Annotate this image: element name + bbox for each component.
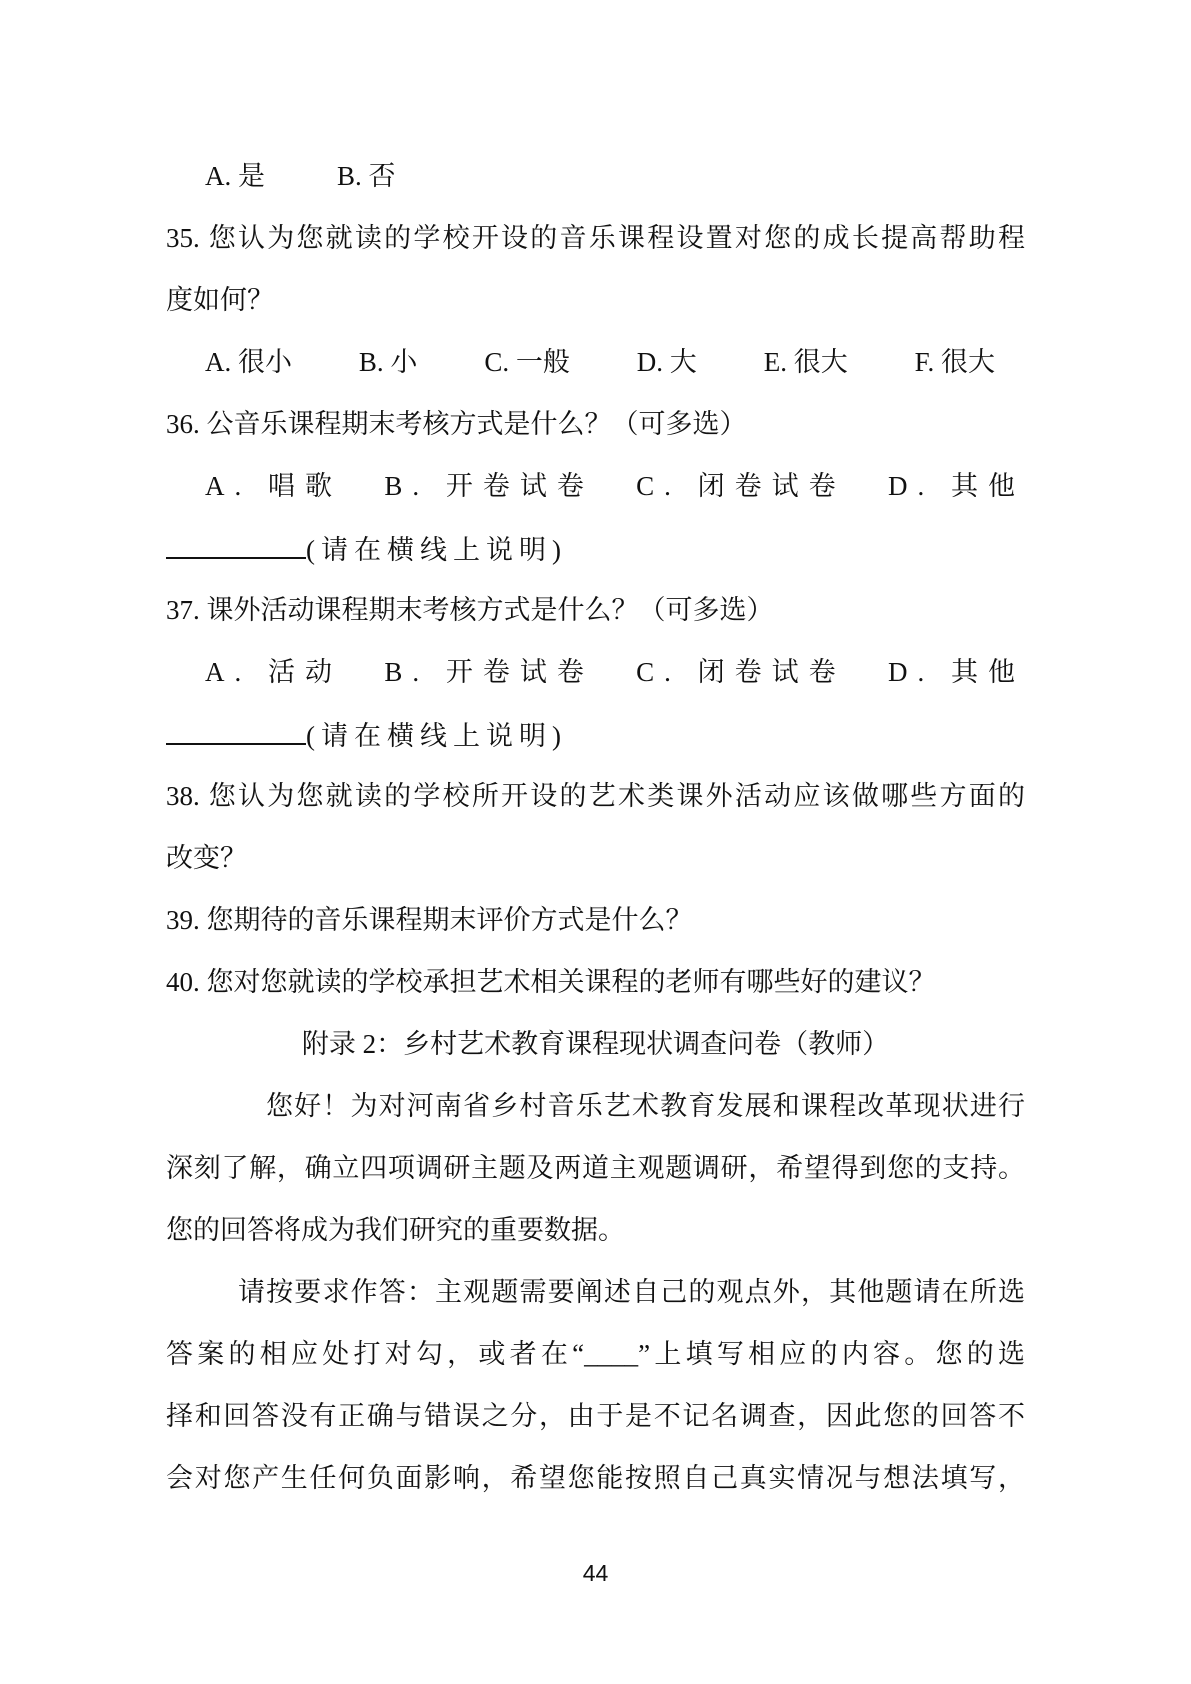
question-36-blank-row: (请在横线上说明) <box>166 517 1025 579</box>
intro-paragraph-line-2: 深刻了解，确立四项调研主题及两道主观题调研，希望得到您的支持。 <box>166 1137 1025 1199</box>
question-38-line-1: 38. 您认为您就读的学校所开设的艺术类课外活动应该做哪些方面的 <box>166 765 1025 827</box>
document-body: A. 是 B. 否 35. 您认为您就读的学校开设的音乐课程设置对您的成长提高帮… <box>166 145 1025 1509</box>
option-item: E. 很大 <box>764 331 848 393</box>
question-37-options-row: A. 活动 B. 开卷试卷 C. 闭卷试卷 D. 其他 <box>205 641 1025 703</box>
option-item: B. 否 <box>337 145 396 207</box>
option-item: C. 闭卷试卷 <box>636 455 846 517</box>
option-item: A. 活动 <box>205 641 342 703</box>
question-36-text: 36. 公音乐课程期末考核方式是什么？（可多选） <box>166 393 1025 455</box>
appendix-2-title: 附录 2：乡村艺术教育课程现状调查问卷（教师） <box>166 1013 1025 1075</box>
option-item: D. 大 <box>637 331 697 393</box>
question-40-text: 40. 您对您就读的学校承担艺术相关课程的老师有哪些好的建议？ <box>166 951 1025 1013</box>
option-item: B. 小 <box>359 331 418 393</box>
instructions-line-3: 择和回答没有正确与错误之分，由于是不记名调查，因此您的回答不 <box>166 1385 1025 1447</box>
option-item: B. 开卷试卷 <box>384 455 594 517</box>
document-page: A. 是 B. 否 35. 您认为您就读的学校开设的音乐课程设置对您的成长提高帮… <box>0 0 1191 1684</box>
option-item: D. 其他 <box>888 455 1025 517</box>
blank-note: (请在横线上说明) <box>306 535 567 565</box>
instructions-line-2: 答案的相应处打对勾，或者在“____”上填写相应的内容。您的选 <box>166 1323 1025 1385</box>
option-item: B. 开卷试卷 <box>384 641 594 703</box>
question-34-options-row: A. 是 B. 否 <box>205 145 1025 207</box>
answer-blank-underline <box>166 517 306 559</box>
option-item: C. 一般 <box>484 331 570 393</box>
intro-paragraph-line-1: 您好！为对河南省乡村音乐艺术教育发展和课程改革现状进行 <box>166 1075 1025 1137</box>
option-item: C. 闭卷试卷 <box>636 641 846 703</box>
question-37-blank-row: (请在横线上说明) <box>166 703 1025 765</box>
question-37-text: 37. 课外活动课程期末考核方式是什么？（可多选） <box>166 579 1025 641</box>
option-item: A. 唱歌 <box>205 455 342 517</box>
blank-note: (请在横线上说明) <box>306 721 567 751</box>
option-item: A. 是 <box>205 145 265 207</box>
question-39-text: 39. 您期待的音乐课程期末评价方式是什么？ <box>166 889 1025 951</box>
instructions-line-1: 请按要求作答：主观题需要阐述自己的观点外，其他题请在所选 <box>166 1261 1025 1323</box>
option-item: F. 很大 <box>915 331 995 393</box>
question-35-options-row: A. 很小 B. 小 C. 一般 D. 大 E. 很大 F. 很大 <box>205 331 995 393</box>
option-item: A. 很小 <box>205 331 292 393</box>
question-36-options-row: A. 唱歌 B. 开卷试卷 C. 闭卷试卷 D. 其他 <box>205 455 1025 517</box>
answer-blank-underline <box>166 703 306 745</box>
question-38-line-2: 改变？ <box>166 827 1025 889</box>
page-number: 44 <box>0 1545 1191 1601</box>
intro-paragraph-line-3: 您的回答将成为我们研究的重要数据。 <box>166 1199 1025 1261</box>
question-35-line-2: 度如何？ <box>166 269 1025 331</box>
instructions-line-4: 会对您产生任何负面影响，希望您能按照自己真实情况与想法填写， <box>166 1447 1025 1509</box>
option-item: D. 其他 <box>888 641 1025 703</box>
question-35-line-1: 35. 您认为您就读的学校开设的音乐课程设置对您的成长提高帮助程 <box>166 207 1025 269</box>
